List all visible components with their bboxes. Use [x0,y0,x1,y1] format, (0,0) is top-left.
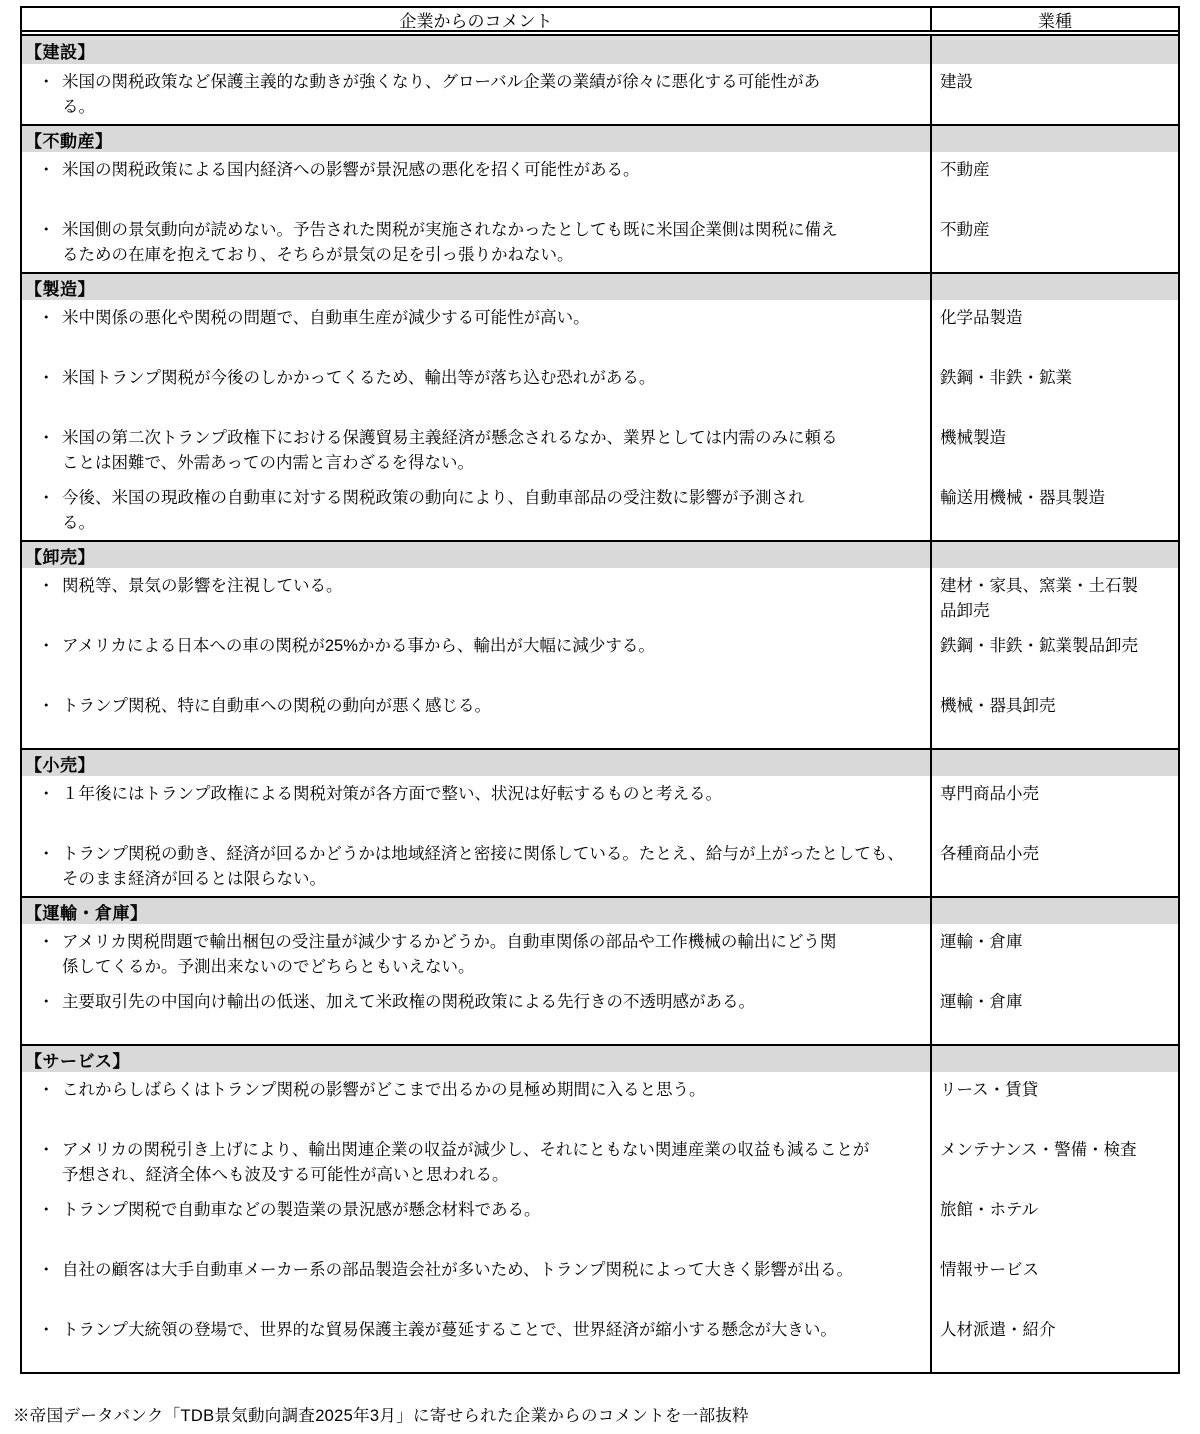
comment-cell: ・米国側の景気動向が読めない。予告された関税が実施されなかったとしても既に米国企… [22,212,932,272]
comment-text: 米国の関税政策による国内経済への影響が景況感の悪化を招く可能性がある。 [62,158,924,183]
bullet-marker: ・ [38,158,62,183]
comment-row: ・米国の第二次トランプ政権下における保護貿易主義経済が懸念されるなか、業界として… [22,420,1178,480]
comment-row: ・自社の顧客は大手自動車メーカー系の部品製造会社が多いため、トランプ関税によって… [22,1252,1178,1312]
bullet-marker: ・ [38,70,62,95]
bullet-marker: ・ [38,990,62,1015]
comment-row: ・トランプ関税で自動車などの製造業の景況感が懸念材料である。旅館・ホテル [22,1192,1178,1252]
comment-row: ・アメリカの関税引き上げにより、輸出関連企業の収益が減少し、それにともない関連産… [22,1132,1178,1192]
comment-cell: ・今後、米国の現政権の自動車に対する関税政策の動向により、自動車部品の受注数に影… [22,480,932,540]
table-body: 【建設】・米国の関税政策など保護主義的な動きが強くなり、グローバル企業の業績が徐… [22,36,1178,1372]
comment-row: ・トランプ大統領の登場で、世界的な貿易保護主義が蔓延することで、世界経済が縮小す… [22,1312,1178,1372]
comment-text: アメリカによる日本への車の関税が25%かかる事から、輸出が大幅に減少する。 [62,634,924,659]
industry-cell: 人材派遣・紹介 [932,1312,1178,1372]
bullet-marker: ・ [38,306,62,331]
comment-row: ・アメリカ関税問題で輸出梱包の受注量が減少するかどうか。自動車関係の部品や工作機… [22,924,1178,984]
industry-cell: 情報サービス [932,1252,1178,1312]
section-header-spacer [932,126,1178,152]
bullet-marker: ・ [38,782,62,807]
section-header-spacer [932,750,1178,776]
comment-text: アメリカの関税引き上げにより、輸出関連企業の収益が減少し、それにともない関連産業… [62,1138,924,1188]
comment-text: トランプ関税で自動車などの製造業の景況感が懸念材料である。 [62,1198,924,1223]
section-header: 【建設】 [22,36,1178,64]
comment-cell: ・アメリカによる日本への車の関税が25%かかる事から、輸出が大幅に減少する。 [22,628,932,688]
section-header: 【運輸・倉庫】 [22,896,1178,924]
comment-cell: ・アメリカ関税問題で輸出梱包の受注量が減少するかどうか。自動車関係の部品や工作機… [22,924,932,984]
comment-cell: ・米国トランプ関税が今後のしかかってくるため、輸出等が落ち込む恐れがある。 [22,360,932,420]
industry-cell: 輸送用機械・器具製造 [932,480,1178,540]
table-header-row: 企業からのコメント 業種 [22,8,1178,36]
comment-row: ・アメリカによる日本への車の関税が25%かかる事から、輸出が大幅に減少する。鉄鋼… [22,628,1178,688]
comment-text: 米国側の景気動向が読めない。予告された関税が実施されなかったとしても既に米国企業… [62,218,924,268]
industry-cell: 建材・家具、窯業・土石製 品卸売 [932,568,1178,628]
comment-row: ・今後、米国の現政権の自動車に対する関税政策の動向により、自動車部品の受注数に影… [22,480,1178,540]
comment-cell: ・自社の顧客は大手自動車メーカー系の部品製造会社が多いため、トランプ関税によって… [22,1252,932,1312]
comment-text: 主要取引先の中国向け輸出の低迷、加えて米政権の関税政策による先行きの不透明感があ… [62,990,924,1015]
comment-text: 自社の顧客は大手自動車メーカー系の部品製造会社が多いため、トランプ関税によって大… [62,1258,924,1283]
comment-row: ・トランプ関税、特に自動車への関税の動向が悪く感じる。機械・器具卸売 [22,688,1178,748]
industry-cell: 運輸・倉庫 [932,984,1178,1044]
comment-text: 米国トランプ関税が今後のしかかってくるため、輸出等が落ち込む恐れがある。 [62,366,924,391]
comment-text: 米国の第二次トランプ政権下における保護貿易主義経済が懸念されるなか、業界としては… [62,426,924,476]
industry-cell: 鉄鋼・非鉄・鉱業 [932,360,1178,420]
comment-cell: ・トランプ大統領の登場で、世界的な貿易保護主義が蔓延することで、世界経済が縮小す… [22,1312,932,1372]
bullet-marker: ・ [38,486,62,511]
bullet-marker: ・ [38,366,62,391]
industry-cell: 運輸・倉庫 [932,924,1178,984]
comment-row: ・米国トランプ関税が今後のしかかってくるため、輸出等が落ち込む恐れがある。鉄鋼・… [22,360,1178,420]
section-header-spacer [932,1046,1178,1072]
bullet-marker: ・ [38,574,62,599]
comment-cell: ・これからしばらくはトランプ関税の影響がどこまで出るかの見極め期間に入ると思う。 [22,1072,932,1132]
industry-cell: 建設 [932,64,1178,124]
comment-row: ・主要取引先の中国向け輸出の低迷、加えて米政権の関税政策による先行きの不透明感が… [22,984,1178,1044]
bullet-marker: ・ [38,1078,62,1103]
industry-cell: 旅館・ホテル [932,1192,1178,1252]
comment-cell: ・米国の第二次トランプ政権下における保護貿易主義経済が懸念されるなか、業界として… [22,420,932,480]
comment-cell: ・１年後にはトランプ政権による関税対策が各方面で整い、状況は好転するものと考える… [22,776,932,836]
header-industry-column: 業種 [932,8,1178,30]
source-footnote: ※帝国データバンク「TDB景気動向調査2025年3月」に寄せられた企業からのコメ… [13,1402,749,1426]
industry-cell: メンテナンス・警備・検査 [932,1132,1178,1192]
comment-cell: ・トランプ関税の動き、経済が回るかどうかは地域経済と密接に関係している。たとえ、… [22,836,932,896]
section-label: 【小売】 [22,750,932,776]
bullet-marker: ・ [38,1258,62,1283]
comment-row: ・米国の関税政策など保護主義的な動きが強くなり、グローバル企業の業績が徐々に悪化… [22,64,1178,124]
section-label: 【建設】 [22,36,932,64]
industry-cell: 化学品製造 [932,300,1178,360]
bullet-marker: ・ [38,694,62,719]
comment-text: これからしばらくはトランプ関税の影響がどこまで出るかの見極め期間に入ると思う。 [62,1078,924,1103]
industry-cell: 鉄鋼・非鉄・鉱業製品卸売 [932,628,1178,688]
comment-text: トランプ関税、特に自動車への関税の動向が悪く感じる。 [62,694,924,719]
section-header-spacer [932,274,1178,300]
section-label: 【サービス】 [22,1046,932,1072]
bullet-marker: ・ [38,842,62,867]
section-label: 【製造】 [22,274,932,300]
section-header-spacer [932,36,1178,64]
comment-text: 米国の関税政策など保護主義的な動きが強くなり、グローバル企業の業績が徐々に悪化す… [62,70,924,120]
industry-cell: 専門商品小売 [932,776,1178,836]
section-header: 【製造】 [22,272,1178,300]
bullet-marker: ・ [38,1198,62,1223]
comment-text: 今後、米国の現政権の自動車に対する関税政策の動向により、自動車部品の受注数に影響… [62,486,924,536]
comment-text: トランプ大統領の登場で、世界的な貿易保護主義が蔓延することで、世界経済が縮小する… [62,1318,924,1343]
bullet-marker: ・ [38,634,62,659]
industry-cell: 機械製造 [932,420,1178,480]
industry-cell: 機械・器具卸売 [932,688,1178,748]
comment-cell: ・米国の関税政策による国内経済への影響が景況感の悪化を招く可能性がある。 [22,152,932,212]
section-header: 【小売】 [22,748,1178,776]
bullet-marker: ・ [38,930,62,955]
comment-row: ・これからしばらくはトランプ関税の影響がどこまで出るかの見極め期間に入ると思う。… [22,1072,1178,1132]
section-header: 【サービス】 [22,1044,1178,1072]
comment-row: ・関税等、景気の影響を注視している。建材・家具、窯業・土石製 品卸売 [22,568,1178,628]
comment-row: ・トランプ関税の動き、経済が回るかどうかは地域経済と密接に関係している。たとえ、… [22,836,1178,896]
section-label: 【運輸・倉庫】 [22,898,932,924]
comment-row: ・米国側の景気動向が読めない。予告された関税が実施されなかったとしても既に米国企… [22,212,1178,272]
header-comment-column: 企業からのコメント [22,8,932,30]
bullet-marker: ・ [38,1138,62,1163]
section-label: 【不動産】 [22,126,932,152]
comment-cell: ・主要取引先の中国向け輸出の低迷、加えて米政権の関税政策による先行きの不透明感が… [22,984,932,1044]
section-header: 【卸売】 [22,540,1178,568]
comment-text: 米中関係の悪化や関税の問題で、自動車生産が減少する可能性が高い。 [62,306,924,331]
comment-text: トランプ関税の動き、経済が回るかどうかは地域経済と密接に関係している。たとえ、給… [62,842,924,892]
comment-row: ・米国の関税政策による国内経済への影響が景況感の悪化を招く可能性がある。不動産 [22,152,1178,212]
section-label: 【卸売】 [22,542,932,568]
comment-row: ・米中関係の悪化や関税の問題で、自動車生産が減少する可能性が高い。化学品製造 [22,300,1178,360]
bullet-marker: ・ [38,426,62,451]
bullet-marker: ・ [38,1318,62,1343]
comment-row: ・１年後にはトランプ政権による関税対策が各方面で整い、状況は好転するものと考える… [22,776,1178,836]
section-header-spacer [932,542,1178,568]
bullet-marker: ・ [38,218,62,243]
comment-cell: ・米中関係の悪化や関税の問題で、自動車生産が減少する可能性が高い。 [22,300,932,360]
comment-cell: ・トランプ関税、特に自動車への関税の動向が悪く感じる。 [22,688,932,748]
comment-text: アメリカ関税問題で輸出梱包の受注量が減少するかどうか。自動車関係の部品や工作機械… [62,930,924,980]
comment-text: 関税等、景気の影響を注視している。 [62,574,924,599]
industry-cell: 不動産 [932,212,1178,272]
comment-cell: ・米国の関税政策など保護主義的な動きが強くなり、グローバル企業の業績が徐々に悪化… [22,64,932,124]
comment-cell: ・アメリカの関税引き上げにより、輸出関連企業の収益が減少し、それにともない関連産… [22,1132,932,1192]
comment-text: １年後にはトランプ政権による関税対策が各方面で整い、状況は好転するものと考える。 [62,782,924,807]
comment-cell: ・関税等、景気の影響を注視している。 [22,568,932,628]
section-header-spacer [932,898,1178,924]
industry-cell: 各種商品小売 [932,836,1178,896]
industry-cell: 不動産 [932,152,1178,212]
section-header: 【不動産】 [22,124,1178,152]
comment-cell: ・トランプ関税で自動車などの製造業の景況感が懸念材料である。 [22,1192,932,1252]
company-comments-table: 企業からのコメント 業種 【建設】・米国の関税政策など保護主義的な動きが強くなり… [20,6,1180,1374]
industry-cell: リース・賃貸 [932,1072,1178,1132]
